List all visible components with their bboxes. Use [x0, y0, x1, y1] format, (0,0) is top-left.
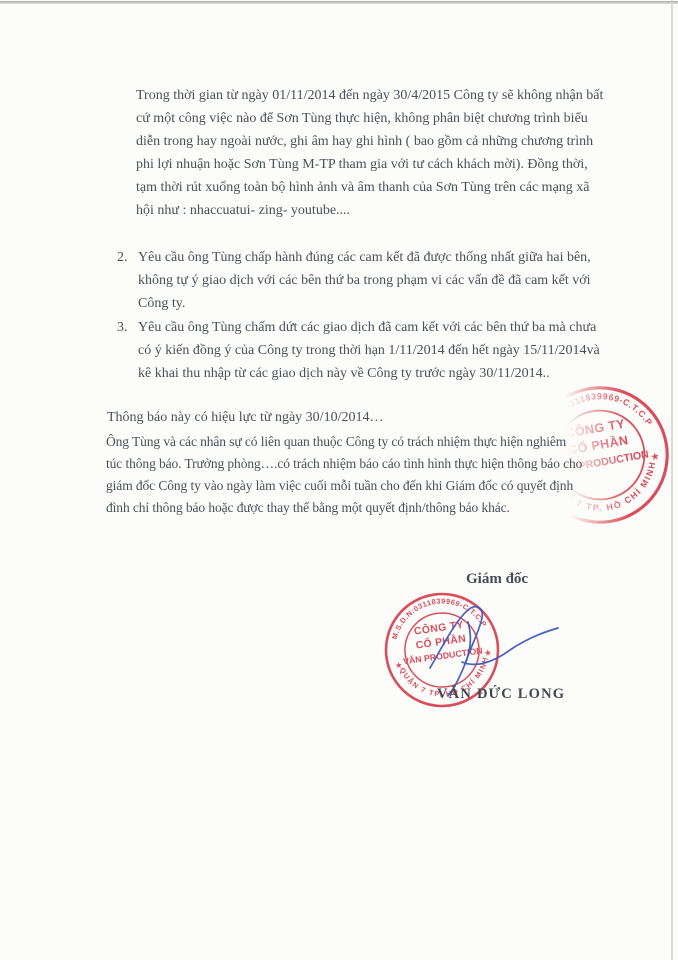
stamp-star-left-icon: ★	[543, 470, 554, 482]
signatory-name: VĂN ĐỨC LONG	[437, 686, 565, 703]
text-line: Yêu cầu ông Tùng chấm dứt các giao dịch …	[138, 316, 600, 339]
text-line: Công ty.	[138, 292, 591, 315]
scan-edge-top	[0, 1, 678, 4]
list-item-3: 3. Yêu cầu ông Tùng chấm dứt các giao dị…	[117, 316, 600, 385]
text-line: Trong thời gian từ ngày 01/11/2014 đến n…	[136, 84, 606, 107]
text-line: không tự ý giao dịch với các bên thứ ba …	[138, 269, 591, 292]
company-stamp-partial: M.S.D.N:0311839969-C.T.C.P QUẬN 7 TP. HỒ…	[517, 372, 678, 539]
text-line: kê khai thu nhập từ các giao dịch này về…	[138, 362, 600, 385]
text-line: diễn trong hay ngoài nước, ghi âm hay gh…	[136, 130, 606, 153]
text-line: Yêu cầu ông Tùng chấp hành đúng các cam …	[138, 246, 591, 269]
text-line: cứ một công việc nào để Sơn Tùng thực hi…	[136, 107, 606, 130]
list-item-3-text: Yêu cầu ông Tùng chấm dứt các giao dịch …	[138, 316, 600, 385]
stamp-ring-top-text: M.S.D.N:0311839969-C.T.C.P	[530, 382, 655, 447]
restriction-paragraph: Trong thời gian từ ngày 01/11/2014 đến n…	[136, 84, 606, 222]
list-item-3-number: 3.	[117, 316, 138, 385]
svg-text:M.S.D.N:0311839969-C.T.C.P: M.S.D.N:0311839969-C.T.C.P	[530, 382, 655, 447]
stamp-star-right-icon: ★	[650, 451, 661, 463]
text-line: có ý kiến đồng ý của Công ty trong thời …	[138, 339, 600, 362]
effective-date-note: Thông báo này có hiệu lực từ ngày 30/10/…	[107, 407, 383, 429]
text-line: tạm thời rút xuống toàn bộ hình ảnh và â…	[136, 176, 606, 199]
text-line: hội như : nhaccuatui- zing- youtube....	[136, 199, 606, 222]
list-item-2-text: Yêu cầu ông Tùng chấp hành đúng các cam …	[138, 246, 591, 315]
text-line: phi lợi nhuận hoặc Sơn Tùng M-TP tham gi…	[136, 153, 606, 176]
list-item-2: 2. Yêu cầu ông Tùng chấp hành đúng các c…	[117, 246, 591, 315]
text-line: đình chỉ thông báo hoặc được thay thế bằ…	[106, 497, 606, 519]
document-page: Trong thời gian từ ngày 01/11/2014 đến n…	[0, 0, 678, 960]
stamp-company-line3: VĂN PRODUCTION	[553, 447, 650, 476]
list-item-2-number: 2.	[117, 246, 138, 315]
